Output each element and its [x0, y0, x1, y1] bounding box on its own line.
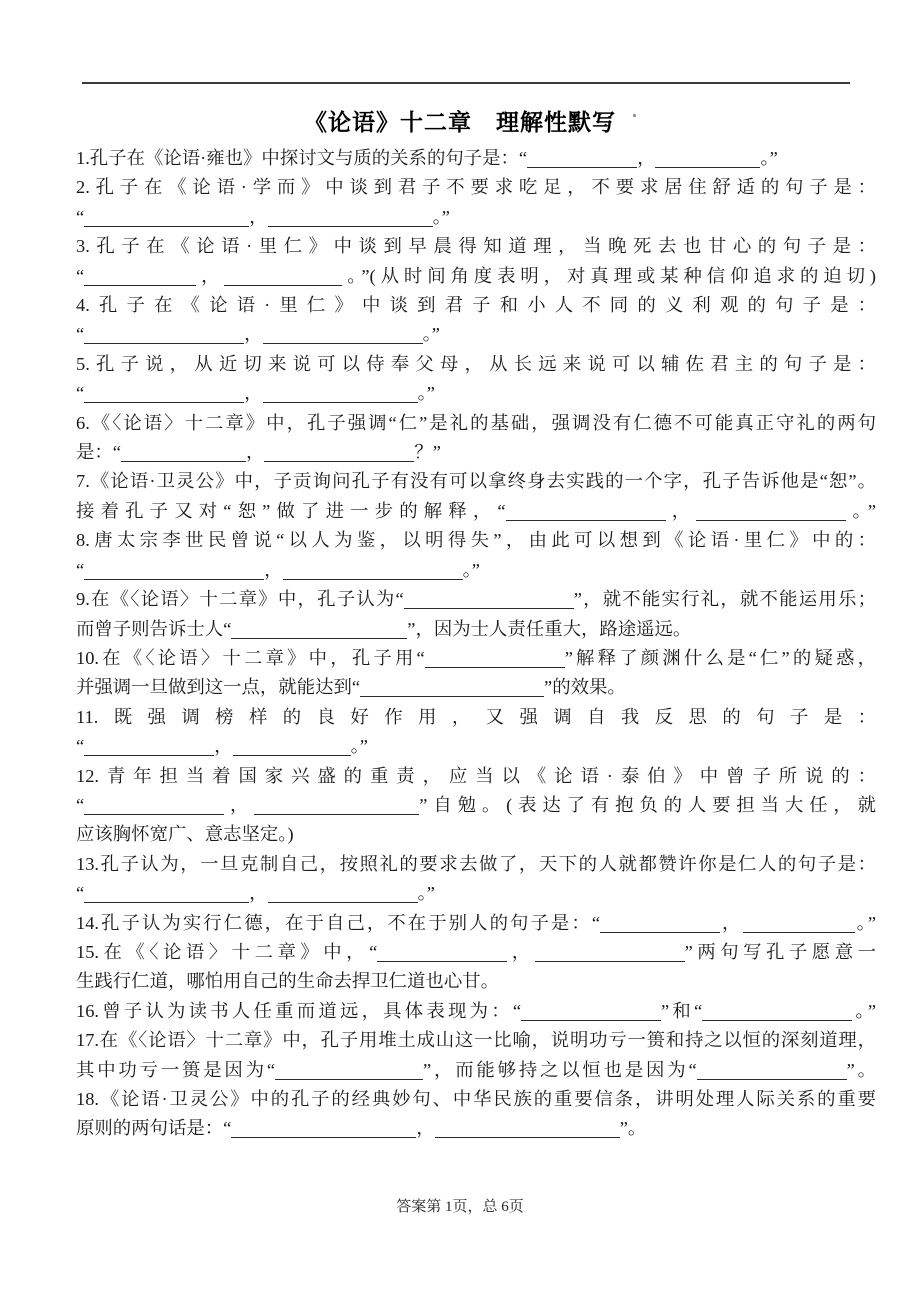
answer-blank: [696, 505, 846, 521]
text-run: ”解释了颜渊什么是“仁”的疑惑，: [565, 648, 876, 668]
answer-blank: [121, 446, 246, 462]
text-run: 原则的两句话是：“: [76, 1118, 231, 1138]
question-10: 10.在《〈论语〉十二章》中，孔子用“”解释了颜渊什么是“仁”的疑惑，并强调一旦…: [76, 644, 876, 703]
page-footer: 答案第 1页，总 6页: [0, 1196, 920, 1218]
text-run: 并强调一旦做到这一点，就能达到“: [76, 677, 360, 697]
answer-blank: [535, 946, 685, 962]
question-1: 1.孔子在《论语·雍也》中探讨文与质的关系的句子是：“，。”: [76, 144, 876, 173]
text-run: ，: [244, 324, 262, 344]
text-run: ？”: [414, 442, 441, 462]
text-run: “: [76, 883, 84, 903]
question-line: 18.《论语·卫灵公》中的孔子的经典妙句、中华民族的重要信条，讲明处理人际关系的…: [76, 1085, 876, 1114]
text-run: ，: [416, 1118, 434, 1138]
text-run: 。”: [463, 560, 480, 580]
question-15: 15.在《〈论语〉十二章》中，“，”两句写孔子愿意一生践行仁道，哪怕用自己的生命…: [76, 938, 876, 997]
question-6: 6.《〈论语〉十二章》中，孔子强调“仁”是礼的基础，强调没有仁德不可能真正守礼的…: [76, 409, 876, 468]
question-line: 16.曾子认为读书人任重而道远，具体表现为：“”和“。”: [76, 997, 876, 1026]
question-line: 17.在《〈论语〉十二章》中，孔子用堆土成山这一比喻，说明功亏一篑和持之以恒的深…: [76, 1026, 876, 1055]
answer-blank: [263, 328, 423, 344]
answer-blank: [84, 270, 196, 286]
question-line: 3.孔子在《论语·里仁》中谈到早晨得知道理，当晚死去也甘心的句子是：: [76, 232, 876, 261]
text-run: ，: [246, 442, 264, 462]
page-title: 《论语》十二章 理解性默写: [0, 107, 920, 137]
question-4: 4.孔子在《论语·里仁》中谈到君子和小人不同的义利观的句子是：“，。”: [76, 291, 876, 350]
text-run: 9.在《〈论语〉十二章》中，孔子认为“: [76, 589, 404, 609]
text-run: ”。: [847, 1060, 876, 1080]
text-run: ，: [507, 942, 534, 962]
question-line: 接着孔子又对“恕”做了进一步的解释，“，。”: [76, 497, 876, 526]
question-line: 其中功亏一篑是因为“”，而能够持之以恒也是因为“”。: [76, 1056, 876, 1085]
answer-blank: [231, 1122, 416, 1138]
question-list: 1.孔子在《论语·雍也》中探讨文与质的关系的句子是：“，。”2.孔子在《论语·学…: [76, 144, 876, 1144]
answer-blank: [360, 681, 544, 697]
answer-blank: [84, 387, 244, 403]
text-run: ，: [249, 883, 267, 903]
text-run: 。”(从时间角度表明，对真理或某种信仰追求的迫切): [342, 266, 876, 286]
answer-blank: [435, 1122, 620, 1138]
answer-blank: [275, 1064, 423, 1080]
question-3: 3.孔子在《论语·里仁》中谈到早晨得知道理，当晚死去也甘心的句子是：“，。”(从…: [76, 232, 876, 291]
text-run: 5.孔子说，从近切来说可以侍奉父母，从长远来说可以辅佐君主的句子是：: [76, 354, 876, 374]
question-line: “，。”: [76, 879, 876, 908]
text-run: ”的效果。: [544, 677, 626, 697]
header-rule: [82, 82, 850, 84]
question-line: 8.唐太宗李世民曾说“以人为鉴，以明得失”，由此可以想到《论语·里仁》中的：: [76, 526, 876, 555]
text-run: “: [76, 560, 84, 580]
text-run: “: [76, 795, 84, 815]
text-run: 10.在《〈论语〉十二章》中，孔子用“: [76, 648, 425, 668]
answer-blank: [743, 917, 855, 933]
answer-blank: [254, 799, 419, 815]
question-16: 16.曾子认为读书人任重而道远，具体表现为：“”和“。”: [76, 997, 876, 1026]
text-run: 生践行仁道，哪怕用自己的生命去捍卫仁道也心甘。: [76, 971, 499, 991]
question-line: 9.在《〈论语〉十二章》中，孔子认为“”，就不能实行礼，就不能运用乐；: [76, 585, 876, 614]
answer-blank: [655, 152, 760, 168]
text-run: ，: [666, 501, 697, 521]
text-run: “: [76, 266, 84, 286]
text-run: ，: [720, 913, 743, 933]
question-line: 12.青年担当着国家兴盛的重责，应当以《论语·泰伯》中曾子所说的：: [76, 762, 876, 791]
question-12: 12.青年担当着国家兴盛的重责，应当以《论语·泰伯》中曾子所说的：“，”自勉。(…: [76, 762, 876, 850]
text-run: 1.孔子在《论语·雍也》中探讨文与质的关系的句子是：“: [76, 148, 527, 168]
question-line: “，。”: [76, 203, 876, 232]
text-run: 其中功亏一篑是因为“: [76, 1060, 275, 1080]
answer-blank: [697, 1064, 847, 1080]
text-run: 。”: [433, 207, 450, 227]
answer-blank: [231, 623, 407, 639]
question-17: 17.在《〈论语〉十二章》中，孔子用堆土成山这一比喻，说明功亏一篑和持之以恒的深…: [76, 1026, 876, 1085]
question-14: 14.孔子认为实行仁德，在于自己，不在于别人的句子是：“，。”: [76, 909, 876, 938]
text-run: “: [76, 324, 84, 344]
answer-blank: [84, 799, 224, 815]
text-run: ，: [244, 383, 262, 403]
answer-blank: [233, 740, 351, 756]
question-line: “，。”: [76, 379, 876, 408]
question-line: “，。”(从时间角度表明，对真理或某种信仰追求的迫切): [76, 262, 876, 291]
question-line: 13.孔子认为，一旦克制自己，按照礼的要求去做了，天下的人就都赞许你是仁人的句子…: [76, 850, 876, 879]
question-line: 生践行仁道，哪怕用自己的生命去捍卫仁道也心甘。: [76, 967, 876, 996]
question-line: “，。”: [76, 732, 876, 761]
text-run: 15.在《〈论语〉十二章》中，“: [76, 942, 377, 962]
text-run: ，: [264, 560, 282, 580]
question-line: 2.孔子在《论语·学而》中谈到君子不要求吃足，不要求居住舒适的句子是：: [76, 173, 876, 202]
question-line: 4.孔子在《论语·里仁》中谈到君子和小人不同的义利观的句子是：: [76, 291, 876, 320]
text-run: 。”: [846, 501, 876, 521]
question-line: 原则的两句话是：“，”。: [76, 1114, 876, 1143]
answer-blank: [84, 564, 264, 580]
question-line: 10.在《〈论语〉十二章》中，孔子用“”解释了颜渊什么是“仁”的疑惑，: [76, 644, 876, 673]
text-run: 。”: [423, 324, 440, 344]
text-run: 。”: [418, 883, 435, 903]
text-run: ，: [224, 795, 254, 815]
text-run: “: [76, 207, 84, 227]
text-run: 。”: [351, 736, 368, 756]
text-run: 2.孔子在《论语·学而》中谈到君子不要求吃足，不要求居住舒适的句子是：: [76, 177, 876, 197]
answer-blank: [84, 887, 249, 903]
answer-blank: [268, 887, 418, 903]
text-run: 4.孔子在《论语·里仁》中谈到君子和小人不同的义利观的句子是：: [76, 295, 876, 315]
text-run: ”，因为士人责任重大，路途遥远。: [407, 619, 691, 639]
question-11: 11.既强调榜样的良好作用，又强调自我反思的句子是：“，。”: [76, 703, 876, 762]
text-run: 。”: [852, 1001, 876, 1021]
answer-blank: [521, 1005, 661, 1021]
question-line: 而曾子则告诉士人“”，因为士人责任重大，路途遥远。: [76, 615, 876, 644]
text-run: 3.孔子在《论语·里仁》中谈到早晨得知道理，当晚死去也甘心的句子是：: [76, 236, 876, 256]
text-run: “: [76, 736, 84, 756]
question-13: 13.孔子认为，一旦克制自己，按照礼的要求去做了，天下的人就都赞许你是仁人的句子…: [76, 850, 876, 909]
question-5: 5.孔子说，从近切来说可以侍奉父母，从长远来说可以辅佐君主的句子是：“，。”: [76, 350, 876, 409]
text-run: ，: [637, 148, 655, 168]
question-9: 9.在《〈论语〉十二章》中，孔子认为“”，就不能实行礼，就不能运用乐；而曾子则告…: [76, 585, 876, 644]
text-run: 14.孔子认为实行仁德，在于自己，不在于别人的句子是：“: [76, 913, 600, 933]
text-run: 17.在《〈论语〉十二章》中，孔子用堆土成山这一比喻，说明功亏一篑和持之以恒的深…: [76, 1030, 876, 1050]
text-run: 6.《〈论语〉十二章》中，孔子强调“仁”是礼的基础，强调没有仁德不可能真正守礼的…: [76, 413, 876, 433]
text-run: 而曾子则告诉士人“: [76, 619, 231, 639]
answer-blank: [283, 564, 463, 580]
question-line: 15.在《〈论语〉十二章》中，“，”两句写孔子愿意一: [76, 938, 876, 967]
text-run: ，: [214, 736, 232, 756]
question-line: 并强调一旦做到这一点，就能达到“”的效果。: [76, 673, 876, 702]
question-line: 6.《〈论语〉十二章》中，孔子强调“仁”是礼的基础，强调没有仁德不可能真正守礼的…: [76, 409, 876, 438]
text-run: 。”: [855, 913, 876, 933]
answer-blank: [264, 446, 414, 462]
text-run: 11.既强调榜样的良好作用，又强调自我反思的句子是：: [76, 707, 876, 727]
answer-blank: [506, 505, 666, 521]
answer-blank: [404, 593, 574, 609]
question-8: 8.唐太宗李世民曾说“以人为鉴，以明得失”，由此可以想到《论语·里仁》中的：“，…: [76, 526, 876, 585]
question-18: 18.《论语·卫灵公》中的孔子的经典妙句、中华民族的重要信条，讲明处理人际关系的…: [76, 1085, 876, 1144]
text-run: ”，就不能实行礼，就不能运用乐；: [574, 589, 876, 609]
answer-blank: [224, 270, 342, 286]
question-line: 14.孔子认为实行仁德，在于自己，不在于别人的句子是：“，。”: [76, 909, 876, 938]
text-run: “: [76, 383, 84, 403]
text-run: 接着孔子又对“恕”做了进一步的解释，“: [76, 501, 506, 521]
text-run: 应该胸怀宽广、意志坚定。): [76, 824, 294, 844]
text-run: ”。: [620, 1118, 647, 1138]
text-run: 。”: [760, 148, 777, 168]
text-run: 13.孔子认为，一旦克制自己，按照礼的要求去做了，天下的人就都赞许你是仁人的句子…: [76, 854, 876, 874]
answer-blank: [600, 917, 720, 933]
answer-blank: [84, 740, 214, 756]
answer-blank: [527, 152, 637, 168]
question-2: 2.孔子在《论语·学而》中谈到君子不要求吃足，不要求居住舒适的句子是：“，。”: [76, 173, 876, 232]
text-run: 。”: [418, 383, 435, 403]
answer-blank: [84, 211, 249, 227]
text-run: ”和“: [661, 1001, 702, 1021]
text-run: 8.唐太宗李世民曾说“以人为鉴，以明得失”，由此可以想到《论语·里仁》中的：: [76, 530, 876, 550]
answer-blank: [84, 328, 244, 344]
worksheet-page: 《论语》十二章 理解性默写 1.孔子在《论语·雍也》中探讨文与质的关系的句子是：…: [0, 0, 920, 1302]
text-run: 12.青年担当着国家兴盛的重责，应当以《论语·泰伯》中曾子所说的：: [76, 766, 876, 786]
question-line: 是：“，？”: [76, 438, 876, 467]
question-line: “，。”: [76, 320, 876, 349]
question-line: 应该胸怀宽广、意志坚定。): [76, 820, 876, 849]
answer-blank: [268, 211, 433, 227]
answer-blank: [377, 946, 507, 962]
text-run: 7.《论语·卫灵公》中，子贡询问孔子有没有可以拿终身去实践的一个字，孔子告诉他是…: [76, 471, 876, 491]
text-run: ，: [196, 266, 224, 286]
text-run: 是：“: [76, 442, 121, 462]
question-line: 5.孔子说，从近切来说可以侍奉父母，从长远来说可以辅佐君主的句子是：: [76, 350, 876, 379]
answer-blank: [263, 387, 418, 403]
question-line: 7.《论语·卫灵公》中，子贡询问孔子有没有可以拿终身去实践的一个字，孔子告诉他是…: [76, 467, 876, 496]
question-line: “，”自勉。(表达了有抱负的人要担当大任，就: [76, 791, 876, 820]
question-line: 1.孔子在《论语·雍也》中探讨文与质的关系的句子是：“，。”: [76, 144, 876, 173]
question-7: 7.《论语·卫灵公》中，子贡询问孔子有没有可以拿终身去实践的一个字，孔子告诉他是…: [76, 467, 876, 526]
text-run: 16.曾子认为读书人任重而道远，具体表现为：“: [76, 1001, 521, 1021]
text-run: ”自勉。(表达了有抱负的人要担当大任，就: [419, 795, 876, 815]
question-line: 11.既强调榜样的良好作用，又强调自我反思的句子是：: [76, 703, 876, 732]
text-run: ，: [249, 207, 267, 227]
question-line: “，。”: [76, 556, 876, 585]
text-run: ”两句写孔子愿意一: [685, 942, 876, 962]
text-run: 18.《论语·卫灵公》中的孔子的经典妙句、中华民族的重要信条，讲明处理人际关系的…: [76, 1089, 876, 1109]
answer-blank: [425, 652, 565, 668]
text-run: ”，而能够持之以恒也是因为“: [423, 1060, 697, 1080]
answer-blank: [702, 1005, 852, 1021]
